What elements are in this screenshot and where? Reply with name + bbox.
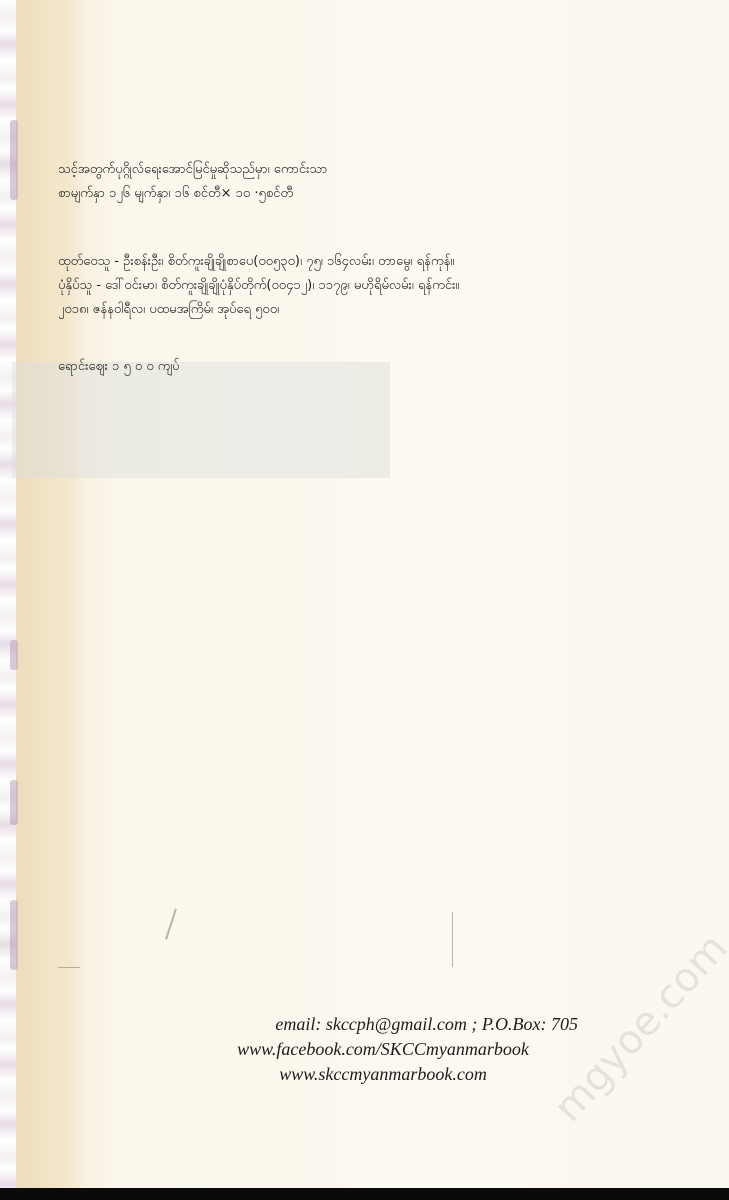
contact-block: email: skccph@gmail.com ; P.O.Box: 705 w… — [188, 1012, 578, 1087]
edge-stain — [10, 780, 18, 825]
edge-stain — [10, 120, 18, 200]
stray-mark — [452, 912, 453, 967]
book-title-line: သင့်အတွက်ပုဂ္ဂိုလ်ရေးအောင်မြင်မှုဆိုသည်မ… — [58, 158, 327, 182]
scan-shadow-block — [12, 362, 390, 478]
book-page: သင့်အတွက်ပုဂ္ဂိုလ်ရေးအောင်မြင်မှုဆိုသည်မ… — [0, 0, 729, 1200]
book-pages-size-line: စာမျက်နှာ ၁၂၆ မျက်နှာ၊ ၁၆ စင်တီ× ၁၀ ·၅စင… — [58, 182, 327, 206]
printer-line: ပုံနှိပ်သူ - ဒေါ်ဝင်းမာ၊ စိတ်ကူးချိုချို… — [58, 274, 459, 298]
facebook-link[interactable]: www.facebook.com/SKCCmyanmarbook — [188, 1037, 578, 1062]
book-info-block: သင့်အတွက်ပုဂ္ဂိုလ်ရေးအောင်မြင်မှုဆိုသည်မ… — [58, 158, 327, 206]
email-pobox-line: email: skccph@gmail.com ; P.O.Box: 705 — [188, 1012, 578, 1037]
edition-line: ၂၀၁၈၊ ဇန်နဝါရီလ၊ ပထမအကြိမ်၊ အုပ်ရေ ၅၀၀၊ — [58, 298, 459, 322]
scan-bottom-border — [0, 1188, 729, 1200]
website-link[interactable]: www.skccmyanmarbook.com — [188, 1062, 578, 1087]
edge-stain — [10, 900, 18, 970]
publisher-line: ထုတ်ဝေသူ - ဦးစန်းဦး၊ စိတ်ကူးချိုချိုစာပေ… — [58, 250, 459, 274]
imprint-block: ထုတ်ဝေသူ - ဦးစန်းဦး၊ စိတ်ကူးချိုချိုစာပေ… — [58, 250, 459, 322]
stray-mark — [58, 967, 80, 968]
edge-stain — [10, 640, 18, 670]
price-label: ရောင်းဈေး ၁ ၅ ၀ ၀ ကျပ် — [58, 358, 180, 377]
